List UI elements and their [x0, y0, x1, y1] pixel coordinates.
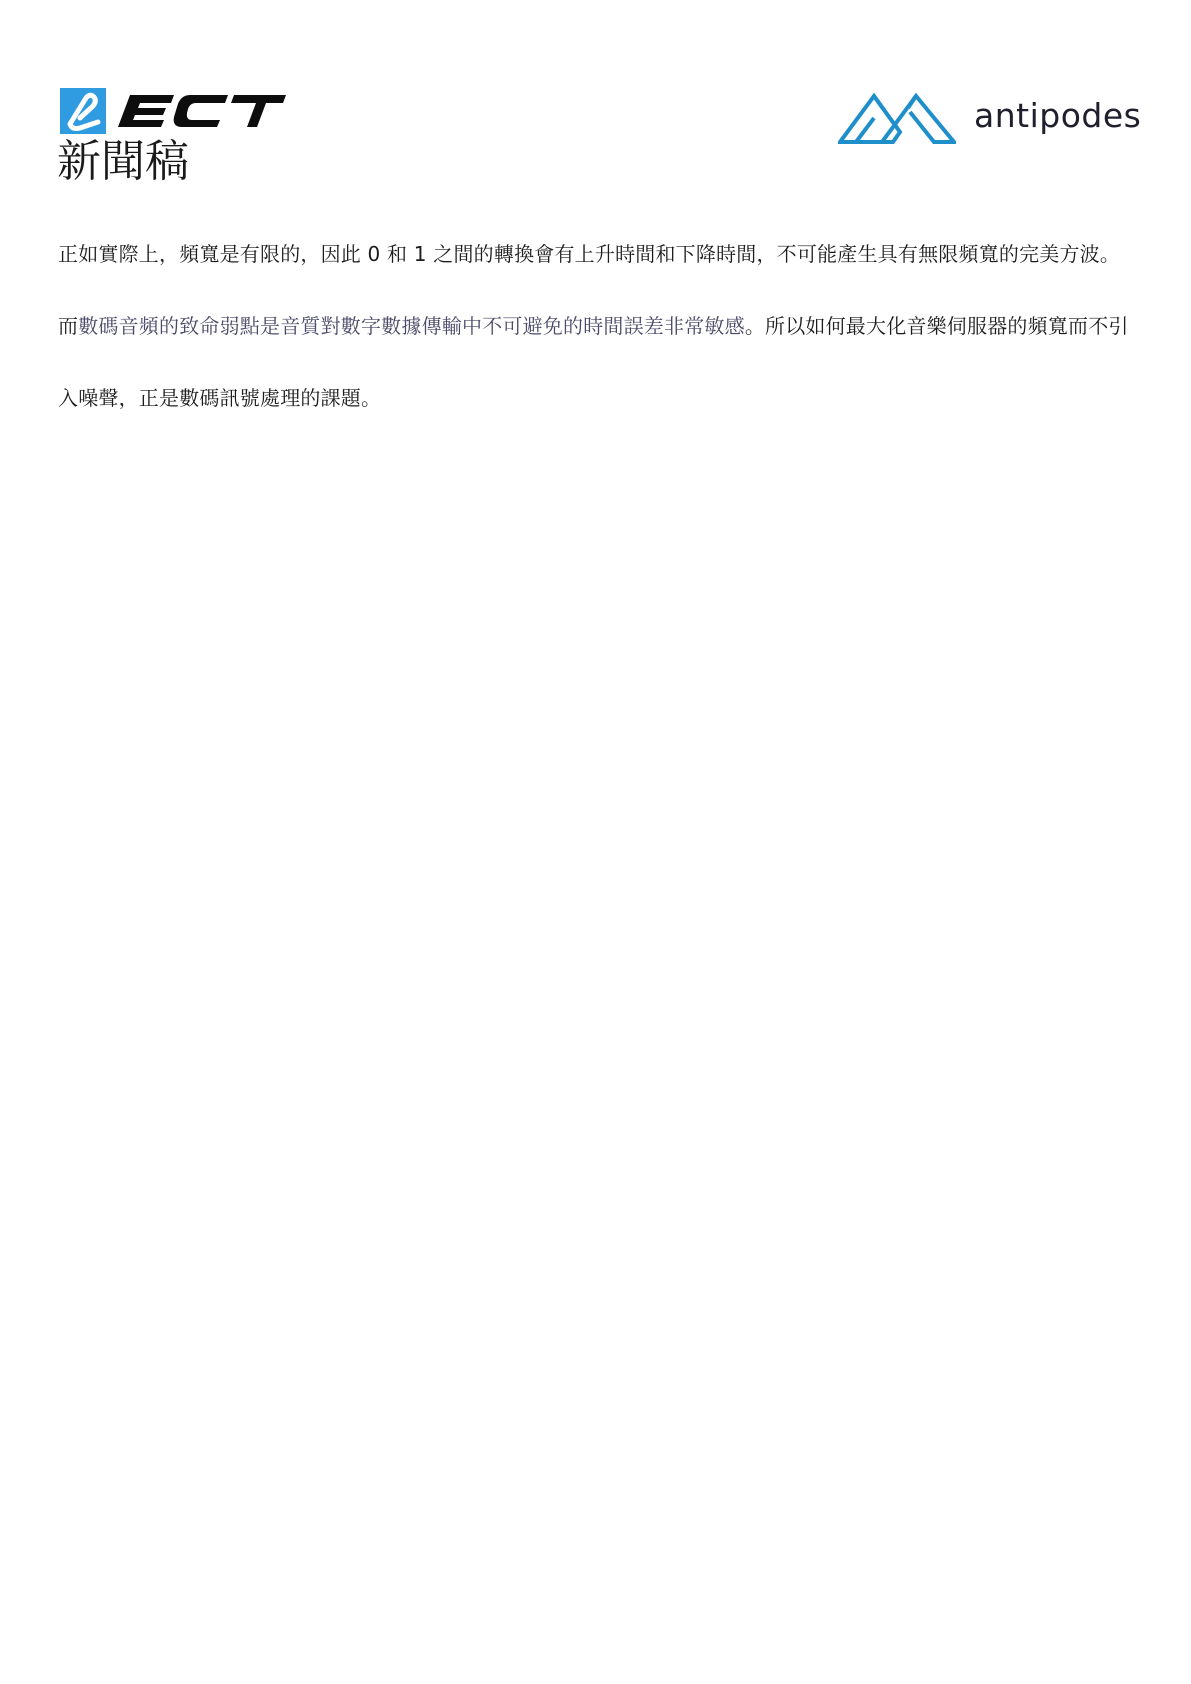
antipodes-mountain-icon	[838, 92, 956, 144]
page-title: 新聞稿	[57, 138, 189, 186]
body-paragraph: 正如實際上，頻寬是有限的，因此 0 和 1 之間的轉換會有上升時間和下降時間，不…	[58, 218, 1133, 434]
antipodes-wordmark: antipodes	[974, 99, 1141, 132]
paragraph-segment-highlight: 數碼音頻的致命弱點是音質對數字數據傳輸中不可避免的時間誤差非常敏感	[78, 314, 745, 338]
ect-e-icon	[60, 88, 106, 134]
antipodes-logo: antipodes	[838, 92, 1141, 144]
ect-logo	[60, 88, 286, 134]
ect-wordmark	[116, 91, 286, 131]
